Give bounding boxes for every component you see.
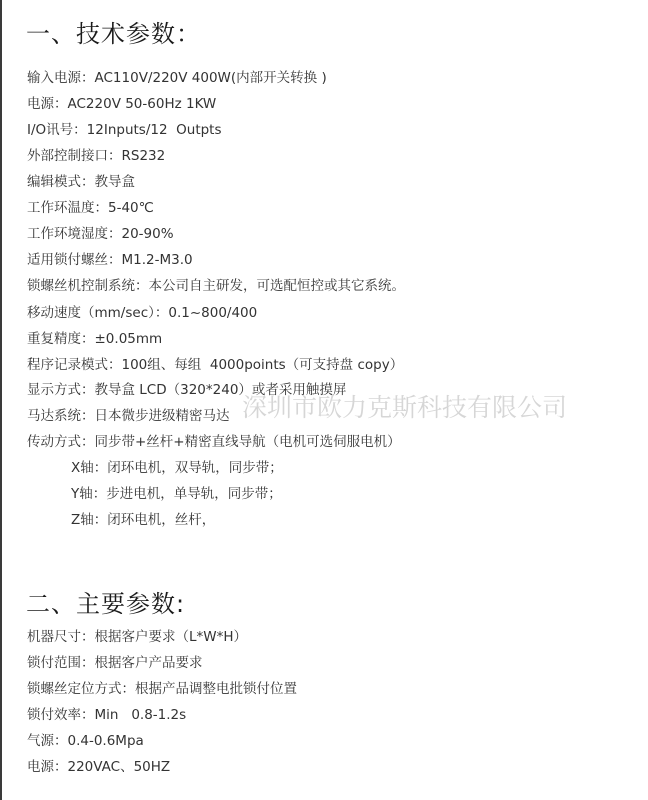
spec-line: 输入电源：AC110V/220V 400W(内部开关转换 ) — [27, 68, 327, 88]
spec-line: 编辑模式：教导盒 — [27, 172, 135, 192]
spec-line: 外部控制接口：RS232 — [27, 146, 165, 166]
section-title-technical: 一、技术参数： — [26, 14, 201, 49]
spec-line: 程序记录模式：100组、每组 4000points（可支持盘 copy） — [27, 355, 403, 375]
param-line: 气源：0.4-0.6Mpa — [27, 731, 144, 751]
spec-line: 锁螺丝机控制系统：本公司自主研发，可选配恒控或其它系统。 — [27, 276, 405, 296]
spec-line: 传动方式：同步带+丝杆+精密直线导航（电机可选伺服电机） — [27, 432, 401, 452]
axis-line-y: Y轴：步进电机，单导轨，同步带； — [71, 484, 282, 504]
axis-line-z: Z轴：闭环电机，丝杆， — [71, 510, 215, 530]
spec-line: 重复精度：±0.05mm — [27, 329, 162, 349]
spec-line: 马达系统：日本微步进级精密马达 — [27, 406, 230, 426]
left-border — [0, 0, 2, 800]
spec-line: 显示方式：教导盒 LCD（320*240）或者采用触摸屏 — [27, 380, 346, 400]
spec-line: 电源：AC220V 50-60Hz 1KW — [27, 94, 216, 114]
param-line: 电源：220VAC、50HZ — [27, 757, 170, 777]
param-line: 机器尺寸：根据客户要求（L*W*H） — [27, 627, 247, 647]
spec-line: 适用锁付螺丝：M1.2-M3.0 — [27, 250, 193, 270]
param-line: 锁付范围：根据客户产品要求 — [27, 653, 203, 673]
spec-line: I/O讯号：12Inputs/12 Outpts — [27, 120, 222, 140]
param-line: 锁付效率：Min 0.8-1.2s — [27, 705, 186, 725]
axis-line-x: X轴：闭环电机，双导轨，同步带； — [71, 458, 283, 478]
spec-line: 移动速度（mm/sec）：0.1~800/400 — [27, 303, 257, 323]
section-title-main-params: 二、主要参数: — [26, 584, 185, 619]
param-line: 锁螺丝定位方式：根据产品调整电批锁付位置 — [27, 679, 297, 699]
spec-line: 工作环境湿度：20-90% — [27, 224, 174, 244]
spec-line: 工作环温度：5-40℃ — [27, 198, 154, 218]
